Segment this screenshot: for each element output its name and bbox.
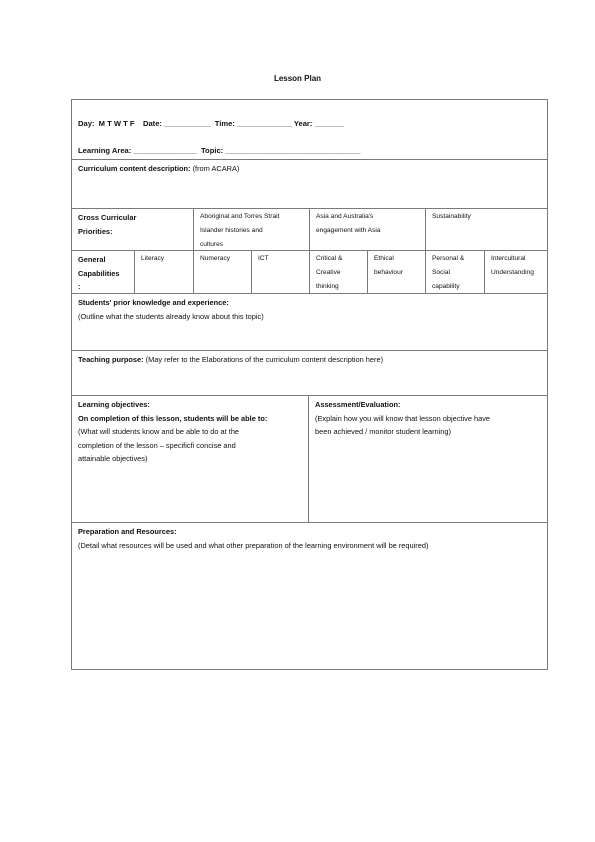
resources-hint: (Detail what resources will be used and …	[78, 539, 541, 553]
priority-text: Aboriginal and Torres Strait	[200, 210, 303, 224]
capability-critical-creative[interactable]: Critical & Creative thinking	[309, 251, 367, 293]
capability-text: Social	[432, 266, 478, 280]
general-capabilities-row: General Capabilities : Literacy Numeracy…	[72, 251, 547, 294]
label-line: Capabilities	[78, 267, 128, 281]
teaching-purpose-label: Teaching purpose:	[78, 355, 144, 364]
resources-row[interactable]: Preparation and Resources: (Detail what …	[72, 523, 547, 669]
cross-curricular-label: Cross Curricular Priorities:	[72, 209, 193, 250]
lesson-plan-table: Day: M T W T F Date: ___________ Time: _…	[71, 99, 548, 670]
capability-text: Numeracy	[200, 252, 245, 266]
learning-objectives-cell[interactable]: Learning objectives: On completion of th…	[72, 396, 308, 522]
prior-knowledge-row[interactable]: Students' prior knowledge and experience…	[72, 294, 547, 351]
prior-knowledge-cell[interactable]: Students' prior knowledge and experience…	[72, 294, 547, 350]
priority-text: cultures	[200, 238, 303, 252]
label-line: General	[78, 253, 128, 267]
priority-text: Islander histories and	[200, 224, 303, 238]
header-row: Day: M T W T F Date: ___________ Time: _…	[72, 100, 547, 160]
capability-text: Intercultural	[491, 252, 541, 266]
capability-literacy[interactable]: Literacy	[134, 251, 193, 293]
capability-ict[interactable]: ICT	[251, 251, 309, 293]
curriculum-row[interactable]: Curriculum content description: (from AC…	[72, 160, 547, 209]
assessment-label: Assessment/Evaluation:	[315, 398, 541, 412]
learning-area-topic-field[interactable]: Learning Area: _______________ Topic: __…	[78, 146, 360, 155]
learning-objectives-hint: completion of the lesson – specificfi co…	[78, 439, 302, 453]
curriculum-hint: (from ACARA)	[191, 164, 240, 173]
teaching-purpose-cell[interactable]: Teaching purpose: (May refer to the Elab…	[72, 351, 547, 395]
capability-personal-social[interactable]: Personal & Social capability	[425, 251, 484, 293]
curriculum-cell[interactable]: Curriculum content description: (from AC…	[72, 160, 547, 208]
cross-priority-asia[interactable]: Asia and Australia's engagement with Asi…	[309, 209, 425, 250]
cross-priority-aboriginal[interactable]: Aboriginal and Torres Strait Islander hi…	[193, 209, 309, 250]
priority-text: Sustainability	[432, 210, 541, 224]
label-line: Priorities:	[78, 225, 187, 239]
cross-priority-sustainability[interactable]: Sustainability	[425, 209, 547, 250]
resources-cell[interactable]: Preparation and Resources: (Detail what …	[72, 523, 547, 669]
general-capabilities-label: General Capabilities :	[72, 251, 134, 293]
capability-text: ICT	[258, 252, 303, 266]
capability-ethical[interactable]: Ethical behaviour	[367, 251, 425, 293]
prior-knowledge-label: Students' prior knowledge and experience…	[78, 296, 541, 310]
capability-text: Ethical	[374, 252, 419, 266]
assessment-hint: (Explain how you will know that lesson o…	[315, 412, 541, 426]
learning-objectives-sublabel: On completion of this lesson, students w…	[78, 412, 302, 426]
priority-text: engagement with Asia	[316, 224, 419, 238]
learning-objectives-label: Learning objectives:	[78, 398, 302, 412]
learning-objectives-hint: attainable objectives)	[78, 452, 302, 466]
learning-objectives-hint: (What will students know and be able to …	[78, 425, 302, 439]
teaching-purpose-row[interactable]: Teaching purpose: (May refer to the Elab…	[72, 351, 547, 396]
label-line: Cross Curricular	[78, 211, 187, 225]
capability-text: Literacy	[141, 252, 187, 266]
curriculum-label: Curriculum content description:	[78, 164, 191, 173]
capability-intercultural[interactable]: Intercultural Understanding	[484, 251, 547, 293]
teaching-purpose-hint: (May refer to the Elaborations of the cu…	[144, 355, 384, 364]
label-line: :	[78, 280, 128, 294]
capability-numeracy[interactable]: Numeracy	[193, 251, 251, 293]
prior-knowledge-hint: (Outline what the students already know …	[78, 310, 541, 324]
capability-text: Understanding	[491, 266, 541, 280]
priority-text: Asia and Australia's	[316, 210, 419, 224]
objectives-assessment-row: Learning objectives: On completion of th…	[72, 396, 547, 523]
resources-label: Preparation and Resources:	[78, 525, 541, 539]
capability-text: behaviour	[374, 266, 419, 280]
capability-text: Creative	[316, 266, 361, 280]
assessment-hint: been achieved / monitor student learning…	[315, 425, 541, 439]
capability-text: thinking	[316, 280, 361, 294]
capability-text: Critical &	[316, 252, 361, 266]
capability-text: Personal &	[432, 252, 478, 266]
cross-curricular-row: Cross Curricular Priorities: Aboriginal …	[72, 209, 547, 251]
capability-text: capability	[432, 280, 478, 294]
day-date-time-year-field[interactable]: Day: M T W T F Date: ___________ Time: _…	[78, 119, 344, 128]
assessment-cell[interactable]: Assessment/Evaluation: (Explain how you …	[308, 396, 547, 522]
page-title: Lesson Plan	[0, 74, 595, 83]
